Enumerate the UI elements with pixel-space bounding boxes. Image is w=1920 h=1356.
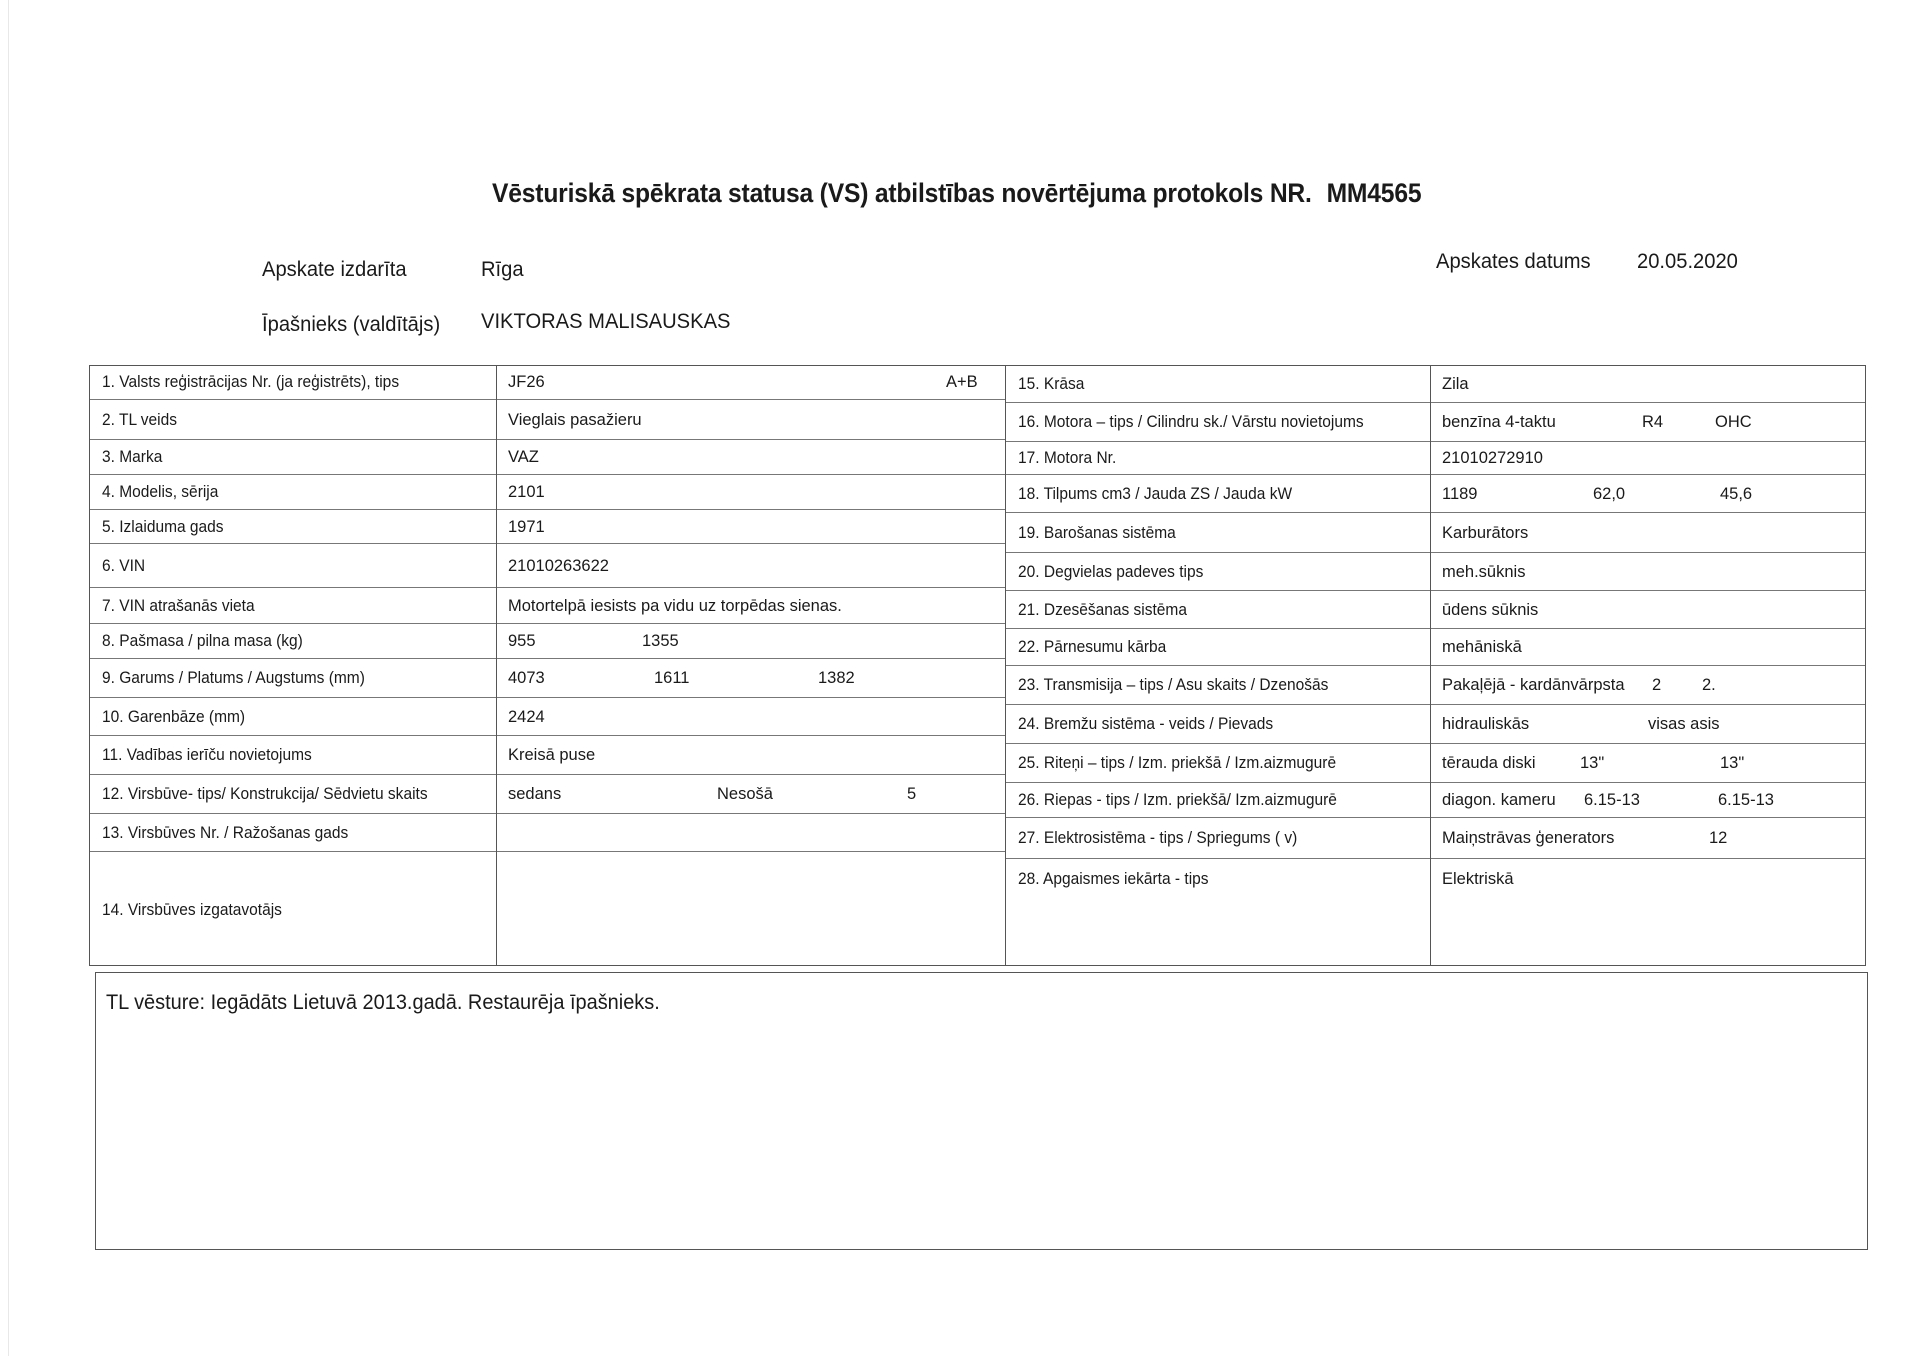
table-row: 15. KrāsaZila <box>1006 366 1865 402</box>
field-value: 955 <box>508 624 536 659</box>
table-row: 5. Izlaiduma gads1971 <box>90 509 1006 544</box>
table-row: 21. Dzesēšanas sistēmaūdens sūknis <box>1006 590 1865 629</box>
field-label: 23. Transmisija – tips / Asu skaits / Dz… <box>1018 666 1328 705</box>
field-label: 17. Motora Nr. <box>1018 442 1116 475</box>
field-value: Pakaļējā - kardānvārpsta <box>1442 666 1625 705</box>
field-value: meh.sūknis <box>1442 553 1525 591</box>
table-row: 24. Bremžu sistēma - veids / Pievadshidr… <box>1006 704 1865 744</box>
field-value: 45,6 <box>1720 475 1752 513</box>
field-value: Maiņstrāvas ģenerators <box>1442 818 1614 859</box>
field-label: 19. Barošanas sistēma <box>1018 513 1176 553</box>
history-box: TL vēsture: Iegādāts Lietuvā 2013.gadā. … <box>95 972 1868 1250</box>
field-value: R4 <box>1642 403 1663 442</box>
divider-left-label <box>496 366 497 965</box>
table-row: 11. Vadības ierīču novietojumsKreisā pus… <box>90 735 1006 775</box>
field-label: 8. Pašmasa / pilna masa (kg) <box>102 624 303 659</box>
field-label: 7. VIN atrašanās vieta <box>102 588 255 624</box>
field-value: sedans <box>508 775 561 814</box>
field-value: Nesošā <box>717 775 773 814</box>
table-row: 9. Garums / Platums / Augstums (mm)40731… <box>90 658 1006 698</box>
field-value: 13" <box>1720 744 1744 783</box>
field-value: A+B <box>946 366 978 399</box>
field-label: 15. Krāsa <box>1018 366 1084 402</box>
field-value: 4073 <box>508 659 545 698</box>
table-row: 13. Virsbūves Nr. / Ražošanas gads <box>90 813 1006 852</box>
field-value: 5 <box>907 775 916 814</box>
table-row: 8. Pašmasa / pilna masa (kg)9551355 <box>90 623 1006 659</box>
inspection-place-label: Apskate izdarīta <box>262 258 407 282</box>
field-label: 10. Garenbāze (mm) <box>102 698 245 736</box>
field-label: 6. VIN <box>102 544 145 588</box>
field-value: mehāniskā <box>1442 629 1522 666</box>
field-value: diagon. kameru <box>1442 783 1556 818</box>
field-label: 4. Modelis, sērija <box>102 475 218 510</box>
title-text: Vēsturiskā spēkrata statusa (VS) atbilst… <box>492 178 1312 208</box>
field-label: 13. Virsbūves Nr. / Ražošanas gads <box>102 814 348 852</box>
field-label: 11. Vadības ierīču novietojums <box>102 736 312 775</box>
field-label: 18. Tilpums cm3 / Jauda ZS / Jauda kW <box>1018 475 1292 513</box>
field-label: 14. Virsbūves izgatavotājs <box>102 852 282 968</box>
field-label: 24. Bremžu sistēma - veids / Pievads <box>1018 705 1273 744</box>
field-value: 1382 <box>818 659 855 698</box>
field-value: hidrauliskās <box>1442 705 1529 744</box>
field-label: 12. Virsbūve- tips/ Konstrukcija/ Sēdvie… <box>102 775 428 814</box>
table-row: 19. Barošanas sistēmaKarburātors <box>1006 512 1865 553</box>
field-value: tērauda diski <box>1442 744 1536 783</box>
field-label: 2. TL veids <box>102 400 177 440</box>
field-label: 21. Dzesēšanas sistēma <box>1018 591 1187 629</box>
field-label: 1. Valsts reģistrācijas Nr. (ja reģistrē… <box>102 366 399 399</box>
table-row: 26. Riepas - tips / Izm. priekšā/ Izm.ai… <box>1006 782 1865 818</box>
field-label: 3. Marka <box>102 440 162 475</box>
table-row: 3. MarkaVAZ <box>90 439 1006 475</box>
table-row: 17. Motora Nr.21010272910 <box>1006 441 1865 475</box>
field-value: Elektriskā <box>1442 859 1514 900</box>
table-row: 1. Valsts reģistrācijas Nr. (ja reģistrē… <box>90 366 1006 399</box>
field-label: 16. Motora – tips / Cilindru sk./ Vārstu… <box>1018 403 1364 442</box>
field-label: 27. Elektrosistēma - tips / Spriegums ( … <box>1018 818 1297 859</box>
field-value: 12 <box>1709 818 1727 859</box>
field-label: 26. Riepas - tips / Izm. priekšā/ Izm.ai… <box>1018 783 1337 818</box>
field-value: ūdens sūknis <box>1442 591 1538 629</box>
field-value: 13" <box>1580 744 1604 783</box>
field-label: 5. Izlaiduma gads <box>102 510 224 544</box>
table-row: 23. Transmisija – tips / Asu skaits / Dz… <box>1006 665 1865 705</box>
table-row: 14. Virsbūves izgatavotājs <box>90 851 1006 968</box>
document-title: Vēsturiskā spēkrata statusa (VS) atbilst… <box>492 178 1421 209</box>
field-label: 25. Riteņi – tips / Izm. priekšā / Izm.a… <box>1018 744 1336 783</box>
table-row: 10. Garenbāze (mm)2424 <box>90 697 1006 736</box>
field-value: 2424 <box>508 698 545 736</box>
table-row: 20. Degvielas padeves tipsmeh.sūknis <box>1006 552 1865 591</box>
field-value: OHC <box>1715 403 1752 442</box>
table-row: 12. Virsbūve- tips/ Konstrukcija/ Sēdvie… <box>90 774 1006 814</box>
field-value: JF26 <box>508 366 545 399</box>
field-value: 6.15-13 <box>1718 783 1774 818</box>
field-label: 22. Pārnesumu kārba <box>1018 629 1166 666</box>
field-value: 1189 <box>1442 475 1477 513</box>
field-value: Kreisā puse <box>508 736 595 775</box>
table-row: 28. Apgaismes iekārta - tipsElektriskā <box>1006 858 1865 900</box>
table-row: 16. Motora – tips / Cilindru sk./ Vārstu… <box>1006 402 1865 442</box>
scan-edge <box>8 0 9 1356</box>
field-value: 1611 <box>654 659 689 698</box>
field-value: 21010272910 <box>1442 442 1543 475</box>
vehicle-data-table: 1. Valsts reģistrācijas Nr. (ja reģistrē… <box>89 365 1866 966</box>
divider-right-label <box>1430 366 1431 965</box>
table-row: 4. Modelis, sērija2101 <box>90 474 1006 510</box>
field-value: Zila <box>1442 366 1469 402</box>
field-value: 1971 <box>508 510 545 544</box>
table-row: 7. VIN atrašanās vietaMotortelpā iesists… <box>90 587 1006 624</box>
field-value: 62,0 <box>1593 475 1625 513</box>
table-row: 18. Tilpums cm3 / Jauda ZS / Jauda kW118… <box>1006 474 1865 513</box>
owner-label: Īpašnieks (valdītājs) <box>262 313 440 337</box>
table-row: 22. Pārnesumu kārbamehāniskā <box>1006 628 1865 666</box>
field-label: 28. Apgaismes iekārta - tips <box>1018 859 1209 900</box>
right-column: 15. KrāsaZila16. Motora – tips / Cilindr… <box>1006 366 1865 965</box>
field-value: 2101 <box>508 475 545 510</box>
field-value: visas asis <box>1648 705 1720 744</box>
field-value: 21010263622 <box>508 544 609 588</box>
table-row: 2. TL veidsVieglais pasažieru <box>90 399 1006 440</box>
field-value: VAZ <box>508 440 539 475</box>
field-value: Vieglais pasažieru <box>508 400 642 440</box>
owner-value: VIKTORAS MALISAUSKAS <box>481 310 730 334</box>
protocol-number: MM4565 <box>1327 178 1422 208</box>
table-row: 25. Riteņi – tips / Izm. priekšā / Izm.a… <box>1006 743 1865 783</box>
table-row: 27. Elektrosistēma - tips / Spriegums ( … <box>1006 817 1865 859</box>
field-value: Karburātors <box>1442 513 1528 553</box>
inspection-date-label: Apskates datums <box>1436 250 1591 274</box>
divider-middle <box>1005 366 1006 965</box>
field-value: 6.15-13 <box>1584 783 1640 818</box>
left-column: 1. Valsts reģistrācijas Nr. (ja reģistrē… <box>90 366 1006 965</box>
table-row: 6. VIN21010263622 <box>90 543 1006 588</box>
field-value: Motortelpā iesists pa vidu uz torpēdas s… <box>508 588 842 624</box>
field-value: 1355 <box>642 624 679 659</box>
inspection-place-value: Rīga <box>481 258 524 282</box>
field-value: 2 <box>1652 666 1661 705</box>
inspection-date-value: 20.05.2020 <box>1637 250 1738 274</box>
field-value: 2. <box>1702 666 1716 705</box>
field-label: 20. Degvielas padeves tips <box>1018 553 1203 591</box>
field-value: benzīna 4-taktu <box>1442 403 1556 442</box>
field-label: 9. Garums / Platums / Augstums (mm) <box>102 659 365 698</box>
history-text: TL vēsture: Iegādāts Lietuvā 2013.gadā. … <box>106 991 660 1015</box>
